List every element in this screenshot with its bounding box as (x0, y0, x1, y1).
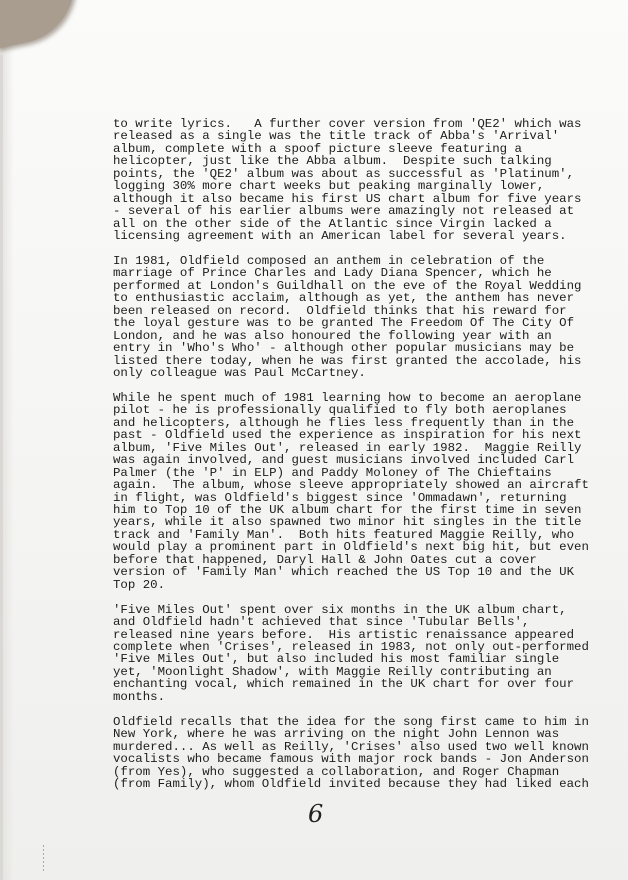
body-text: to write lyrics. A further cover version… (113, 118, 613, 803)
text-line: only colleague was Paul McCartney. (113, 367, 613, 379)
text-line: Top 20. (113, 579, 613, 591)
text-line: vocalists who became famous with major r… (113, 753, 613, 765)
text-line: (from Family), whom Oldfield invited bec… (113, 778, 613, 790)
paragraph: While he spent much of 1981 learning how… (113, 392, 613, 591)
text-line: logging 30% more chart weeks but peaking… (113, 180, 613, 192)
text-line: months. (113, 691, 613, 703)
paragraph: to write lyrics. A further cover version… (113, 118, 613, 243)
text-line: would play a prominent part in Oldfield'… (113, 541, 613, 553)
paragraph: Oldfield recalls that the idea for the s… (113, 716, 613, 791)
paragraph: 'Five Miles Out' spent over six months i… (113, 604, 613, 704)
text-line: enchanting vocal, which remained in the … (113, 678, 613, 690)
text-line: - several of his earlier albums were ama… (113, 205, 613, 217)
text-line: was again involved, and guest musicians … (113, 454, 613, 466)
paragraph: In 1981, Oldfield composed an anthem in … (113, 255, 613, 380)
handwritten-page-number: 6 (308, 800, 323, 828)
text-line: entry in 'Who's Who' - although other po… (113, 342, 613, 354)
text-line: to enthusiastic acclaim, although as yet… (113, 292, 613, 304)
text-line: again. The album, whose sleeve appropria… (113, 479, 613, 491)
text-line: and Oldfield hadn't achieved that since … (113, 616, 613, 628)
text-line: pilot - he is professionally qualified t… (113, 404, 613, 416)
text-line: version of 'Family Man' which reached th… (113, 566, 613, 578)
page-curl-corner (0, 0, 85, 49)
scan-artifact (43, 845, 44, 873)
text-line: New York, where he was arriving on the n… (113, 728, 613, 740)
document-page: to write lyrics. A further cover version… (0, 0, 628, 880)
text-line: helicopter, just like the Abba album. De… (113, 155, 613, 167)
page-left-edge (0, 55, 3, 880)
text-line: past - Oldfield used the experience as i… (113, 429, 613, 441)
text-line: licensing agreement with an American lab… (113, 230, 613, 242)
text-line: the loyal gesture was to be granted The … (113, 317, 613, 329)
text-line: marriage of Prince Charles and Lady Dian… (113, 267, 613, 279)
